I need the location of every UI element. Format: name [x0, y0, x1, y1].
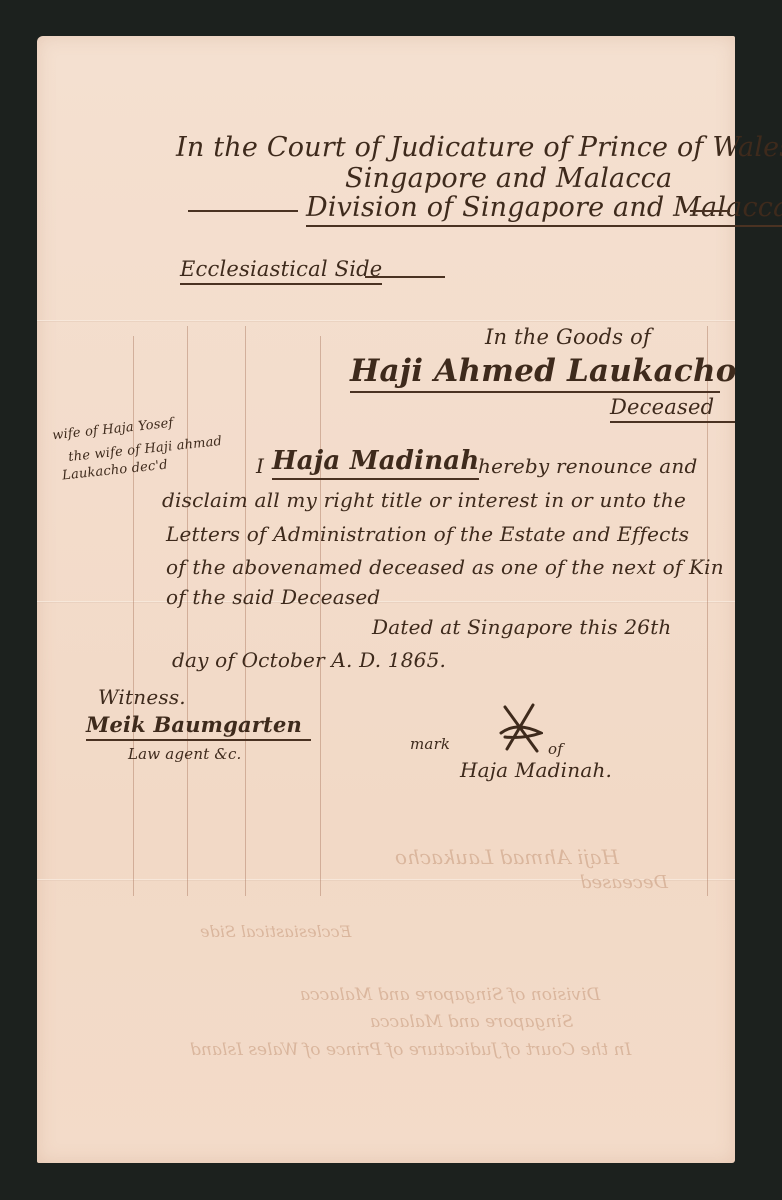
signature-of: of — [548, 740, 563, 758]
court-header-line2: Singapore and Malacca — [345, 163, 672, 194]
bleed-text: Division of Singapore and Malacca — [300, 985, 600, 1005]
side-dash — [365, 276, 445, 278]
bleed-rule — [187, 326, 188, 896]
bleed-rule — [245, 326, 246, 896]
bleed-text: Ecclesiastical Side — [200, 922, 351, 941]
in-the-goods-of: In the Goods of — [485, 325, 651, 349]
body-pronoun: I — [256, 454, 264, 478]
body-line2: disclaim all my right title or interest … — [162, 488, 686, 512]
bleed-text: In the Court of Judicature of Prince of … — [190, 1040, 631, 1060]
signature-name: Haja Madinah. — [460, 758, 612, 782]
court-header-line1: In the Court of Judicature of Prince of … — [176, 132, 782, 163]
body-line1: hereby renounce and — [478, 454, 697, 478]
bleed-rule — [320, 336, 321, 896]
header-dash-right — [690, 210, 730, 212]
witness-name: Meik Baumgarten — [86, 712, 311, 741]
witness-label: Witness. — [98, 685, 186, 709]
header-dash-left — [188, 210, 298, 212]
bleed-text: Deceased — [580, 872, 668, 893]
bleed-text: Haji Ahmad Laukacho — [395, 845, 619, 869]
bleed-text: Singapore and Malacca — [370, 1012, 573, 1032]
declarant-name: Haja Madinah — [272, 446, 479, 480]
witness-role: Law agent &c. — [128, 745, 242, 763]
fold-crease — [37, 601, 735, 603]
body-line3: Letters of Administration of the Estate … — [166, 522, 689, 546]
deceased-label: Deceased — [610, 395, 735, 423]
fold-crease — [37, 320, 735, 322]
court-side: Ecclesiastical Side — [180, 257, 382, 285]
body-line5: of the said Deceased — [166, 585, 380, 609]
signature-cross-mark — [497, 703, 543, 753]
dated-line1: Dated at Singapore this 26th — [372, 615, 672, 639]
body-line4: of the abovenamed deceased as one of the… — [166, 555, 724, 579]
deceased-name: Haji Ahmed Laukacho — [350, 353, 720, 393]
dated-line2: day of October A. D. 1865. — [172, 648, 446, 672]
signature-mark-label: mark — [410, 735, 450, 753]
